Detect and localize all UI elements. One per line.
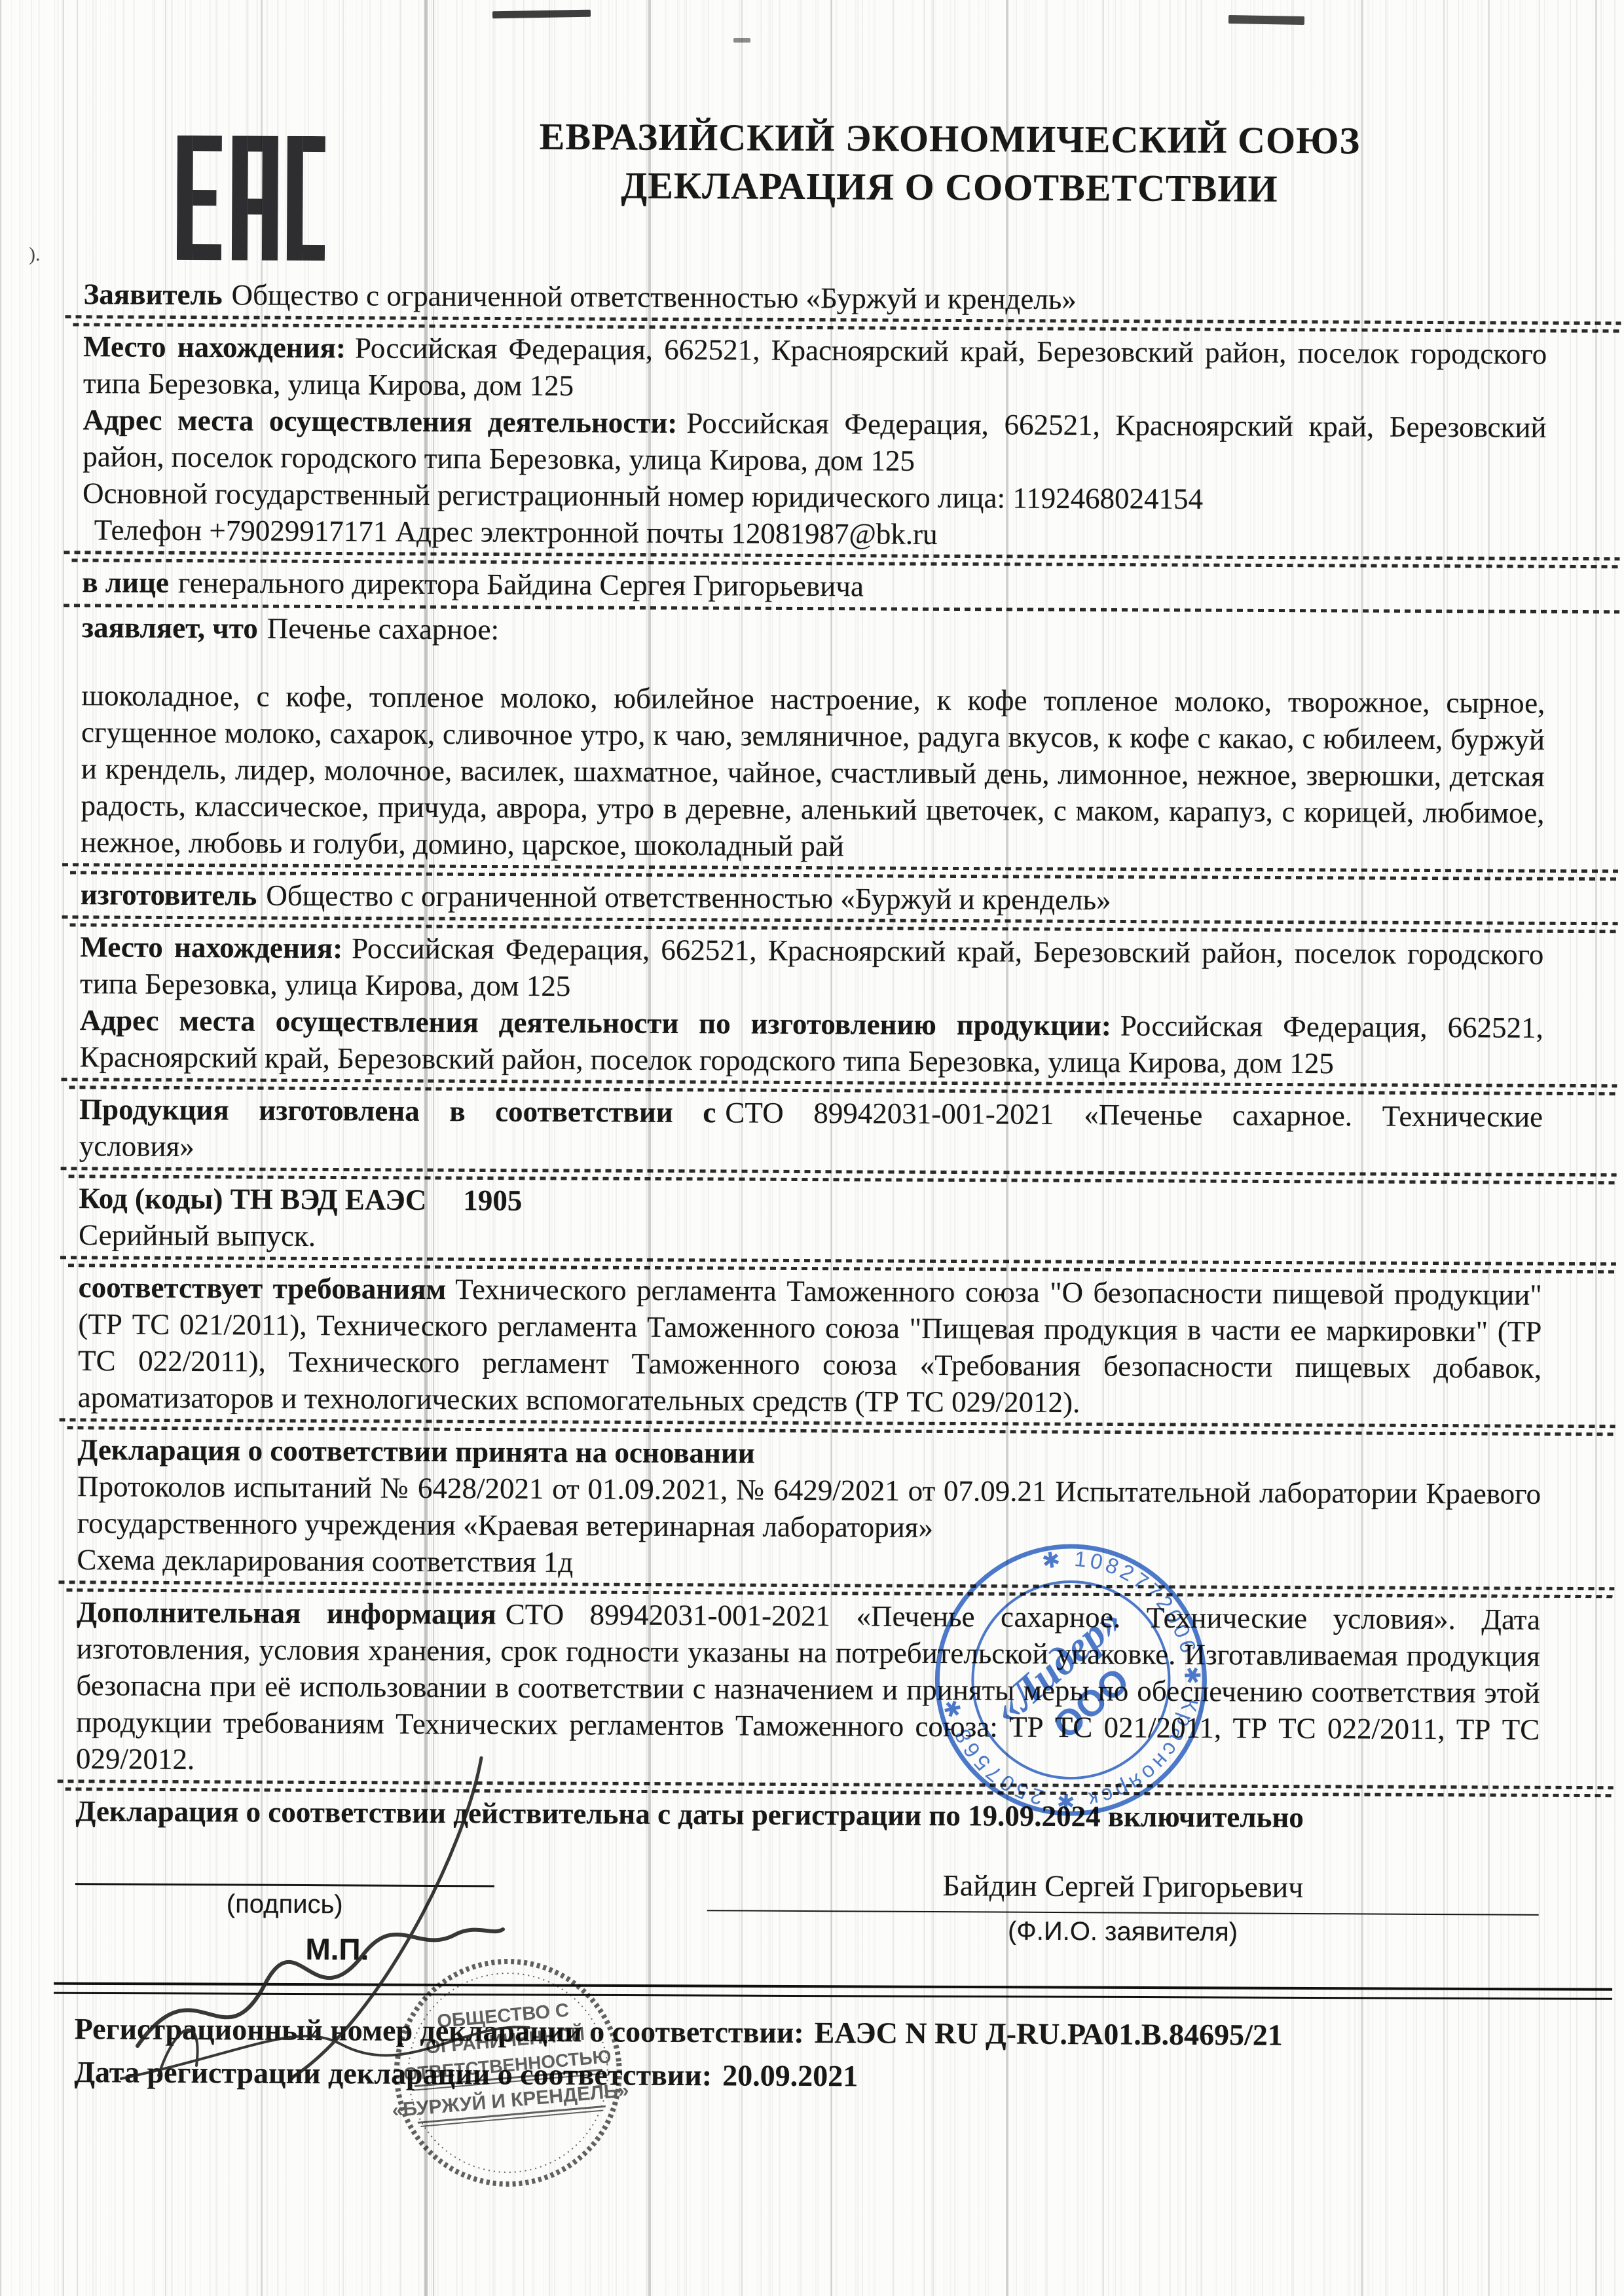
manufacturer-label: изготовитель bbox=[81, 878, 257, 911]
registration-date-line: Дата регистрации декларации о соответств… bbox=[74, 2053, 1538, 2099]
basis-protocols: Протоколов испытаний № 6428/2021 от 01.0… bbox=[77, 1468, 1541, 1549]
fio-underline bbox=[707, 1910, 1539, 1916]
compliance-label: соответствует требованиям bbox=[79, 1271, 447, 1305]
reg-date-value: 20.09.2021 bbox=[722, 2058, 858, 2092]
applicant-activity-address: Адрес места осуществления деятельности:Р… bbox=[83, 401, 1547, 483]
title-line-1: ЕВРАЗИЙСКИЙ ЭКОНОМИЧЕСКИЙ СОЮЗ bbox=[352, 111, 1548, 166]
serial-line: Серийный выпуск. bbox=[79, 1216, 1542, 1261]
reg-date-label: Дата регистрации декларации о соответств… bbox=[74, 2055, 712, 2092]
mfr-location-label: Место нахождения: bbox=[80, 930, 342, 964]
document-header: ЕВРАЗИЙСКИЙ ЭКОНОМИЧЕСКИЙ СОЮЗ ДЕКЛАРАЦИ… bbox=[84, 101, 1548, 277]
manufacturer-location: Место нахождения:Российская Федерация, 6… bbox=[80, 928, 1544, 1010]
mfr-production-label: Адрес места осуществления деятельности п… bbox=[80, 1004, 1111, 1042]
manufacturer-name: Общество с ограниченной ответственностью… bbox=[266, 879, 1111, 917]
applicant-name: Общество с ограниченной ответственностью… bbox=[231, 278, 1077, 316]
applicant-fio: Байдин Сергей Григорьевич bbox=[707, 1867, 1539, 1906]
activity-label: Адрес места осуществления деятельности: bbox=[83, 403, 677, 439]
fio-caption: (Ф.И.О. заявителя) bbox=[707, 1915, 1538, 1949]
applicant-label: Заявитель bbox=[84, 278, 223, 311]
additional-info-paragraph: Дополнительная информацияСТО 89942031-00… bbox=[76, 1594, 1540, 1785]
eac-logo-icon bbox=[177, 136, 325, 270]
applicant-location: Место нахождения:Российская Федерация, 6… bbox=[83, 328, 1547, 409]
fio-area: Байдин Сергей Григорьевич (Ф.И.О. заявит… bbox=[707, 1843, 1539, 1973]
reg-number-value: ЕАЭС N RU Д-RU.РА01.В.84695/21 bbox=[815, 2016, 1283, 2052]
tnved-label: Код (коды) ТН ВЭД ЕАЭС bbox=[79, 1182, 426, 1216]
signature-underline bbox=[75, 1883, 494, 1887]
declares-line: заявляет, чтоПеченье сахарное: bbox=[82, 609, 1545, 653]
product-flavor-list: шоколадное, с кофе, топленое молоко, юби… bbox=[81, 677, 1545, 868]
phone-email-line: Телефон +79029917171 Адрес электронной п… bbox=[83, 511, 1546, 556]
stamp-place-caption: М.П. bbox=[305, 1931, 494, 1968]
basis-scheme: Схема декларирования соответствия 1д bbox=[77, 1541, 1540, 1586]
additional-info-label: Дополнительная информация bbox=[77, 1595, 496, 1630]
manufacturer-line: изготовительОбщество с ограниченной отве… bbox=[81, 876, 1544, 920]
document-title: ЕВРАЗИЙСКИЙ ЭКОНОМИЧЕСКИЙ СОЮЗ ДЕКЛАРАЦИ… bbox=[325, 102, 1548, 215]
director-label: в лице bbox=[82, 566, 169, 599]
sto-line: Продукция изготовлена в соответствии сСТ… bbox=[79, 1091, 1543, 1172]
declares-text: Печенье сахарное: bbox=[267, 612, 500, 646]
compliance-paragraph: соответствует требованиямТехнического ре… bbox=[78, 1269, 1542, 1423]
document-content: ЕВРАЗИЙСКИЙ ЭКОНОМИЧЕСКИЙ СОЮЗ ДЕКЛАРАЦИ… bbox=[0, 0, 1624, 2104]
declares-label: заявляет, что bbox=[82, 611, 258, 644]
tnved-code: 1905 bbox=[463, 1184, 522, 1216]
signature-caption: (подпись) bbox=[75, 1889, 494, 1920]
double-rule bbox=[54, 1982, 1612, 2000]
reg-number-label: Регистрационный номер декларации о соотв… bbox=[75, 2012, 804, 2049]
location-label: Место нахождения: bbox=[83, 330, 346, 364]
manufacturer-production-address: Адрес места осуществления деятельности п… bbox=[79, 1002, 1543, 1083]
applicant-line: ЗаявительОбщество с ограниченной ответст… bbox=[83, 276, 1547, 320]
signature-block: (подпись) М.П. Байдин Сергей Григорьевич… bbox=[75, 1840, 1539, 1973]
title-line-2: ДЕКЛАРАЦИЯ О СООТВЕТСТВИИ bbox=[351, 160, 1547, 215]
signature-area: (подпись) М.П. bbox=[75, 1840, 494, 1967]
registration-number-line: Регистрационный номер декларации о соотв… bbox=[75, 2010, 1538, 2056]
scanned-declaration-page: ). Е bbox=[0, 0, 1624, 2296]
director-line: в лицегенерального директора Байдина Сер… bbox=[82, 564, 1545, 608]
director-text: генерального директора Байдина Сергея Гр… bbox=[178, 566, 864, 602]
sto-label: Продукция изготовлена в соответствии с bbox=[79, 1093, 716, 1129]
validity-line: Декларация о соответствии действительна … bbox=[75, 1793, 1539, 1837]
